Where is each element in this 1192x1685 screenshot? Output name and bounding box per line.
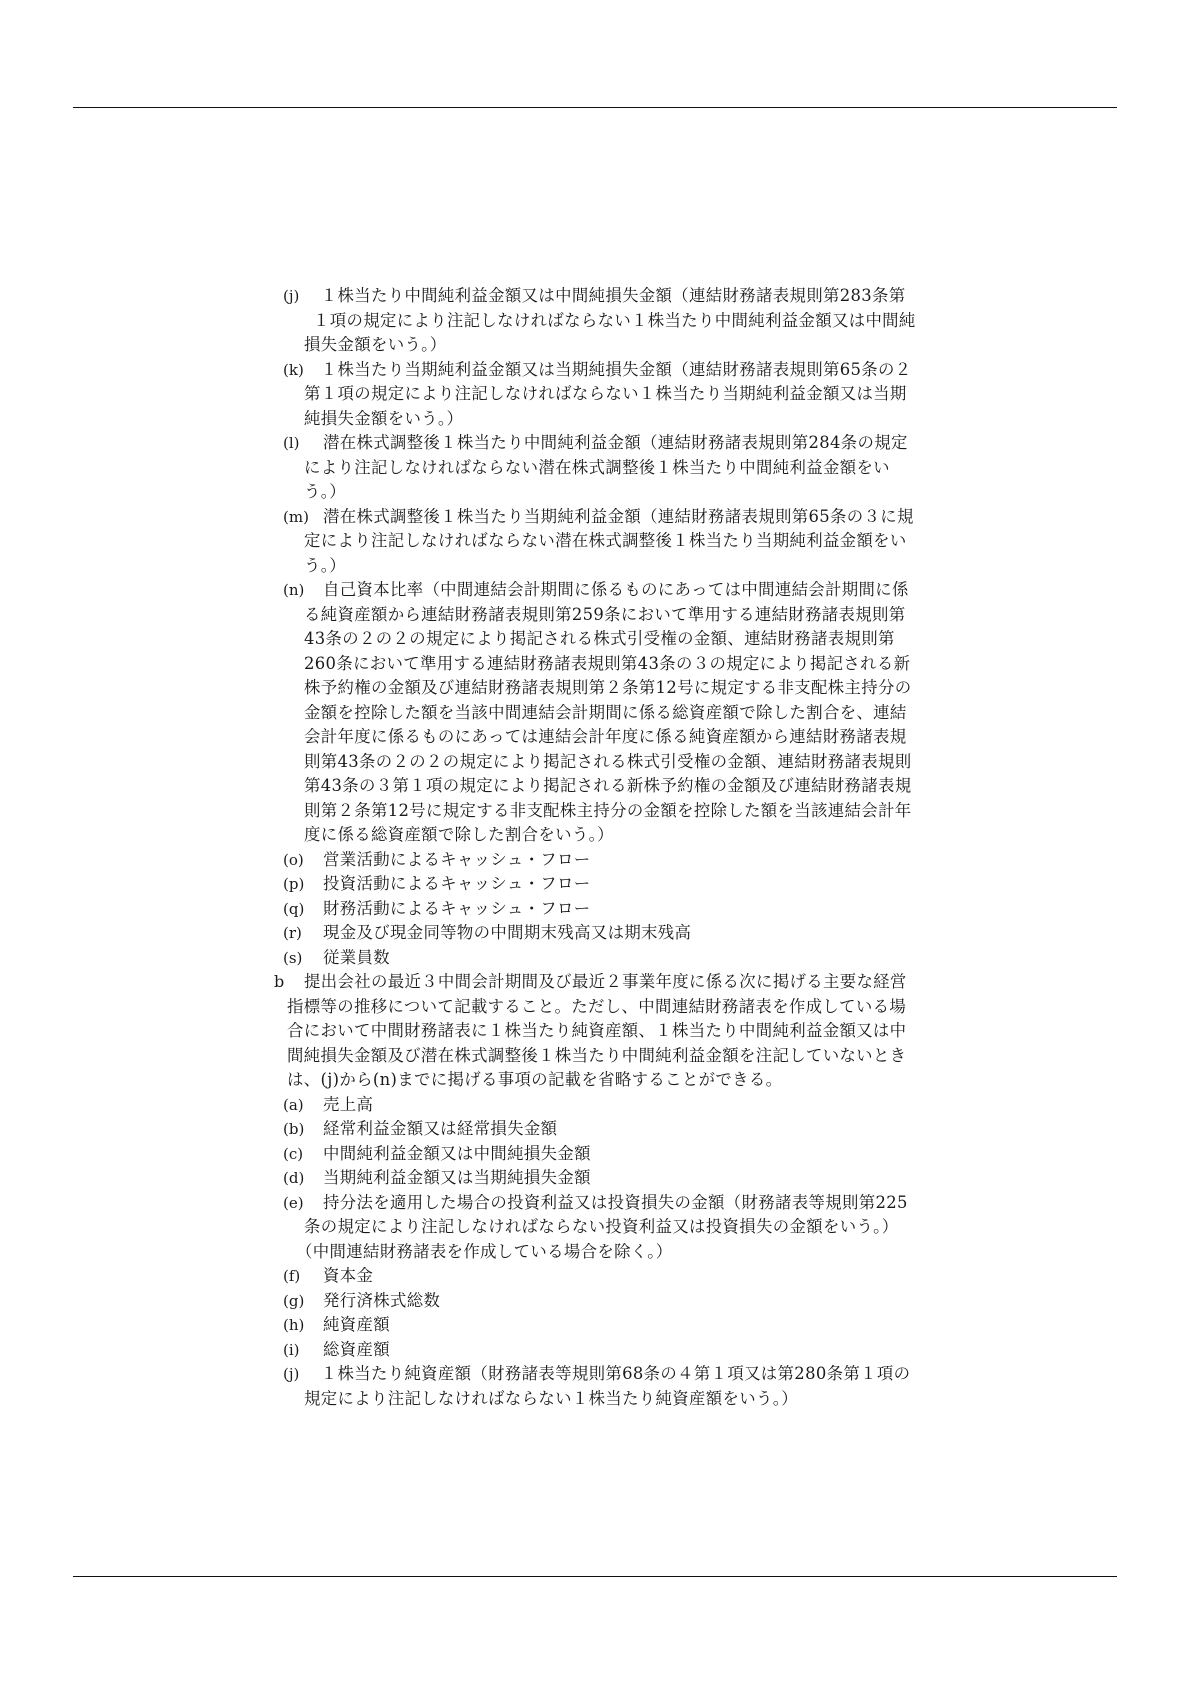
item-marker: (a) (283, 1093, 304, 1118)
list-item-j-net-assets: (j) １株当たり純資産額（財務諸表等規則第68条の４第１項又は第280条第１項… (0, 1362, 1192, 1411)
item-marker: (n) (283, 578, 304, 603)
list-item-h: (h)純資産額 (0, 1313, 1192, 1338)
paragraph-text: 提出会社の最近３中間会計期間及び最近２事業年度に係る次に掲げる主要な経営 (304, 970, 907, 995)
item-marker: (s) (283, 946, 302, 971)
item-marker: (m) (283, 505, 309, 530)
item-text: 第１項の規定により注記しなければならない１株当たり当期純利益金額又は当期 (304, 382, 907, 407)
item-text: 持分法を適用した場合の投資利益又は投資損失の金額（財務諸表等規則第225 (323, 1191, 908, 1216)
item-text: 従業員数 (323, 946, 390, 971)
document-body: (j) １株当たり中間純利益金額又は中間純損失金額（連結財務諸表規則第283条第… (0, 284, 1192, 1411)
list-item-r: (r)現金及び現金同等物の中間期末残高又は期末残高 (0, 921, 1192, 946)
item-marker: (h) (283, 1313, 304, 1338)
item-text: 売上高 (323, 1093, 373, 1118)
item-text: 度に係る総資産額で除した割合をいう。） (304, 823, 614, 848)
list-item-c: (c)中間純利益金額又は中間純損失金額 (0, 1142, 1192, 1167)
item-text: 規定により注記しなければならない１株当たり純資産額をいう。） (304, 1387, 798, 1412)
item-text: 潜在株式調整後１株当たり中間純利益金額（連結財務諸表規則第284条の規定 (323, 431, 908, 456)
item-text: 財務活動によるキャッシュ・フロー (323, 897, 591, 922)
paragraph-text: 指標等の推移について記載すること。ただし、中間連結財務諸表を作成している場 (287, 995, 906, 1020)
item-marker: (j) (283, 1362, 299, 1387)
item-text: 株予約権の金額及び連結財務諸表規則第２条第12号に規定する非支配株主持分の (304, 676, 911, 701)
list-item-d: (d)当期純利益金額又は当期純損失金額 (0, 1166, 1192, 1191)
item-marker: (p) (283, 872, 304, 897)
item-text: 条の規定により注記しなければならない投資利益又は投資損失の金額をいう。） (304, 1215, 898, 1240)
list-item-k: (k) １株当たり当期純利益金額又は当期純損失金額（連結財務諸表規則第65条の２… (0, 358, 1192, 432)
item-text: 中間純利益金額又は中間純損失金額 (323, 1142, 591, 1167)
item-text: 43条の２の２の規定により掲記される株式引受権の金額、連結財務諸表規則第 (304, 627, 895, 652)
item-text: 総資産額 (323, 1338, 390, 1363)
item-text: 自己資本比率（中間連結会計期間に係るものにあっては中間連結会計期間に係 (323, 578, 909, 603)
item-marker: (d) (283, 1166, 304, 1191)
item-marker: (g) (283, 1289, 304, 1314)
item-marker: (q) (283, 897, 304, 922)
list-item-e: (e)持分法を適用した場合の投資利益又は投資損失の金額（財務諸表等規則第225 … (0, 1191, 1192, 1265)
item-marker: (i) (283, 1338, 300, 1363)
list-item-j: (j) １株当たり中間純利益金額又は中間純損失金額（連結財務諸表規則第283条第… (0, 284, 1192, 358)
item-text: 第43条の３第１項の規定により掲記される新株予約権の金額及び連結財務諸表規 (304, 774, 911, 799)
item-text: う。） (304, 554, 346, 579)
item-text: 定により注記しなければならない潜在株式調整後１株当たり当期純利益金額をい (304, 529, 907, 554)
item-marker: (b) (283, 1117, 304, 1142)
item-text: により注記しなければならない潜在株式調整後１株当たり中間純利益金額をい (304, 456, 890, 481)
item-text: 則第２条第12号に規定する非支配株主持分の金額を控除した額を当該連結会計年 (304, 799, 911, 824)
item-marker: (j) (283, 284, 299, 309)
item-text: １項の規定により注記しなければならない１株当たり中間純利益金額又は中間純 (313, 309, 916, 334)
item-text: １株当たり中間純利益金額又は中間純損失金額（連結財務諸表規則第283条第 (304, 284, 906, 309)
item-text: 現金及び現金同等物の中間期末残高又は期末残高 (323, 921, 691, 946)
list-item-s: (s)従業員数 (0, 946, 1192, 971)
item-text: 純資産額 (323, 1313, 390, 1338)
item-text: 損失金額をいう。） (304, 333, 446, 358)
item-text: 金額を控除した額を当該中間連結会計期間に係る総資産額で除した割合を、連結 (304, 701, 907, 726)
item-marker: (k) (283, 358, 304, 383)
item-text: 会計年度に係るものにあっては連結会計年度に係る純資産額から連結財務諸表規 (304, 725, 907, 750)
list-item-i: (i)総資産額 (0, 1338, 1192, 1363)
item-text: 潜在株式調整後１株当たり当期純利益金額（連結財務諸表規則第65条の３に規 (323, 505, 914, 530)
item-marker: (c) (283, 1142, 303, 1167)
paragraph-text: 合において中間財務諸表に１株当たり純資産額、１株当たり中間純利益金額又は中 (287, 1019, 906, 1044)
list-item-p: (p)投資活動によるキャッシュ・フロー (0, 872, 1192, 897)
footer-rule (73, 1576, 1117, 1577)
item-marker: (r) (283, 921, 302, 946)
list-item-m: (m)潜在株式調整後１株当たり当期純利益金額（連結財務諸表規則第65条の３に規 … (0, 505, 1192, 579)
item-text: （中間連結財務諸表を作成している場合を除く。） (296, 1240, 673, 1265)
list-item-b: (b)経常利益金額又は経常損失金額 (0, 1117, 1192, 1142)
item-text: 則第43条の２の２の規定により掲記される株式引受権の金額、連結財務諸表規則 (304, 750, 911, 775)
item-text: 当期純利益金額又は当期純損失金額 (323, 1166, 591, 1191)
list-item-l: (l)潜在株式調整後１株当たり中間純利益金額（連結財務諸表規則第284条の規定 … (0, 431, 1192, 505)
header-rule (73, 107, 1117, 108)
item-text: 資本金 (323, 1264, 373, 1289)
item-text: う。） (304, 480, 346, 505)
item-text: る純資産額から連結財務諸表規則第259条において準用する連結財務諸表規則第 (304, 603, 906, 628)
item-text: 純損失金額をいう。） (304, 407, 463, 432)
item-text: 経常利益金額又は経常損失金額 (323, 1117, 557, 1142)
paragraph-text: 間純損失金額及び潜在株式調整後１株当たり中間純利益金額を注記していないとき (287, 1044, 906, 1069)
item-text: 投資活動によるキャッシュ・フロー (323, 872, 591, 897)
list-item-f: (f)資本金 (0, 1264, 1192, 1289)
item-text: １株当たり当期純利益金額又は当期純損失金額（連結財務諸表規則第65条の２ (304, 358, 911, 383)
item-text: 260条において準用する連結財務諸表規則第43条の３の規定により掲記される新 (304, 652, 910, 677)
item-marker: (l) (283, 431, 300, 456)
list-item-o: (o)営業活動によるキャッシュ・フロー (0, 848, 1192, 873)
item-text: 営業活動によるキャッシュ・フロー (323, 848, 591, 873)
list-item-g: (g)発行済株式総数 (0, 1289, 1192, 1314)
item-text: 発行済株式総数 (323, 1289, 440, 1314)
item-marker: (e) (283, 1191, 304, 1216)
section-b-paragraph: b提出会社の最近３中間会計期間及び最近２事業年度に係る次に掲げる主要な経営 指標… (0, 970, 1192, 1093)
item-marker: (f) (283, 1264, 300, 1289)
item-marker: (o) (283, 848, 304, 873)
section-marker: b (274, 970, 284, 995)
item-text: １株当たり純資産額（財務諸表等規則第68条の４第１項又は第280条第１項の (304, 1362, 910, 1387)
list-item-q: (q)財務活動によるキャッシュ・フロー (0, 897, 1192, 922)
list-item-a: (a)売上高 (0, 1093, 1192, 1118)
paragraph-text: は、(j)から(n)までに掲げる事項の記載を省略することができる。 (287, 1068, 782, 1093)
list-item-n: (n)自己資本比率（中間連結会計期間に係るものにあっては中間連結会計期間に係 る… (0, 578, 1192, 848)
